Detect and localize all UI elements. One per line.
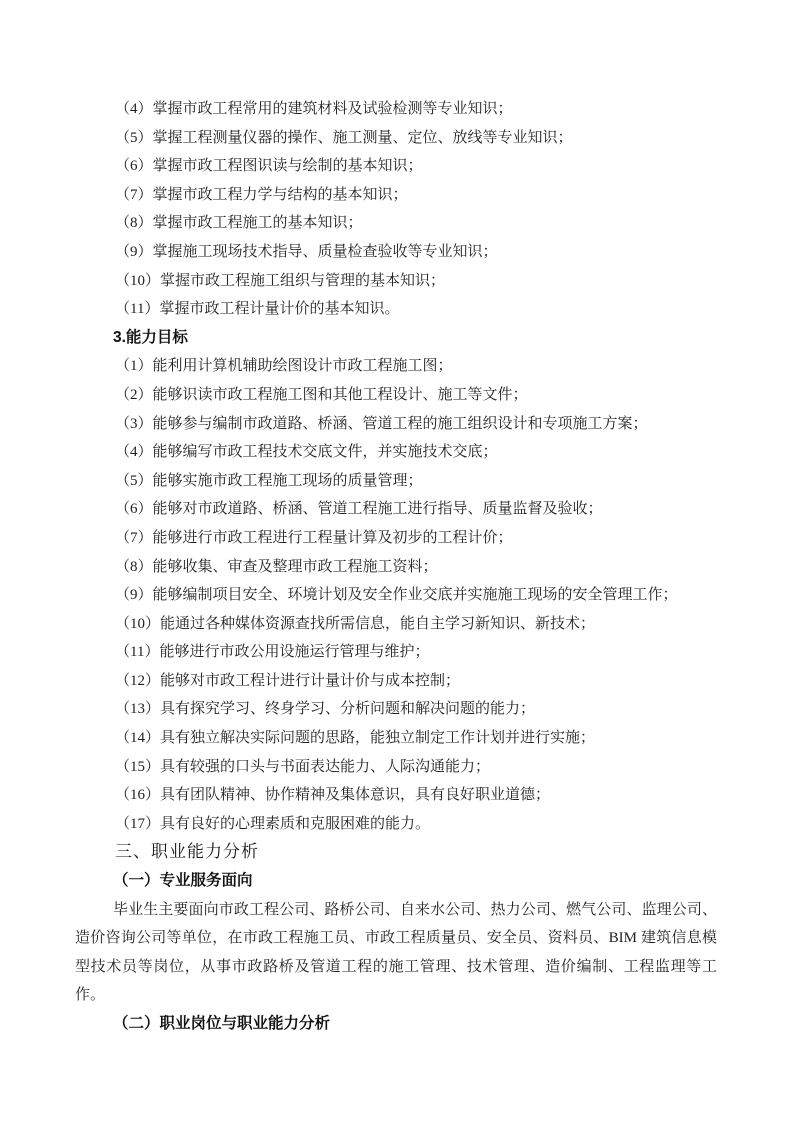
document-content: （4）掌握市政工程常用的建筑材料及试验检测等专业知识； （5）掌握工程测量仪器的… xyxy=(0,0,793,1039)
paragraph-service-scope: 毕业生主要面向市政工程公司、路桥公司、自来水公司、热力公司、燃气公司、监理公司、… xyxy=(75,896,717,1010)
knowledge-item-10: （10）掌握市政工程施工组织与管理的基本知识； xyxy=(75,267,717,296)
knowledge-item-6: （6）掌握市政工程图识读与绘制的基本知识； xyxy=(75,152,717,181)
ability-item-13: （13）具有探究学习、终身学习、分析问题和解决问题的能力； xyxy=(75,695,717,724)
ability-item-15: （15）具有较强的口头与书面表达能力、人际沟通能力； xyxy=(75,753,717,782)
ability-item-1: （1）能利用计算机辅助绘图设计市政工程施工图； xyxy=(75,352,717,381)
knowledge-item-8: （8）掌握市政工程施工的基本知识； xyxy=(75,209,717,238)
ability-item-4: （4）能够编写市政工程技术交底文件，并实施技术交底； xyxy=(75,438,717,467)
chapter-heading-career-ability-analysis: 三、职业能力分析 xyxy=(75,838,717,867)
ability-item-6: （6）能够对市政道路、桥涵、管道工程施工进行指导、质量监督及验收； xyxy=(75,495,717,524)
knowledge-item-11: （11）掌握市政工程计量计价的基本知识。 xyxy=(75,295,717,324)
ability-item-3: （3）能够参与编制市政道路、桥涵、管道工程的施工组织设计和专项施工方案； xyxy=(75,410,717,439)
ability-item-10: （10）能通过各种媒体资源查找所需信息，能自主学习新知识、新技术； xyxy=(75,610,717,639)
ability-item-9: （9）能够编制项目安全、环境计划及安全作业交底并实施施工现场的安全管理工作； xyxy=(75,581,717,610)
subsection-heading-job-analysis: （二）职业岗位与职业能力分析 xyxy=(75,1010,717,1039)
ability-item-16: （16）具有团队精神、协作精神及集体意识，具有良好职业道德； xyxy=(75,781,717,810)
subsection-heading-service-scope: （一）专业服务面向 xyxy=(75,867,717,896)
ability-item-5: （5）能够实施市政工程施工现场的质量管理； xyxy=(75,467,717,496)
ability-item-17: （17）具有良好的心理素质和克服困难的能力。 xyxy=(75,810,717,839)
ability-item-14: （14）具有独立解决实际问题的思路，能独立制定工作计划并进行实施； xyxy=(75,724,717,753)
ability-item-2: （2）能够识读市政工程施工图和其他工程设计、施工等文件； xyxy=(75,381,717,410)
ability-item-8: （8）能够收集、审查及整理市政工程施工资料； xyxy=(75,553,717,582)
ability-item-11: （11）能够进行市政公用设施运行管理与维护； xyxy=(75,638,717,667)
knowledge-item-9: （9）掌握施工现场技术指导、质量检查验收等专业知识； xyxy=(75,238,717,267)
ability-item-12: （12）能够对市政工程计进行计量计价与成本控制； xyxy=(75,667,717,696)
knowledge-item-4: （4）掌握市政工程常用的建筑材料及试验检测等专业知识； xyxy=(75,95,717,124)
knowledge-item-7: （7）掌握市政工程力学与结构的基本知识； xyxy=(75,181,717,210)
knowledge-item-5: （5）掌握工程测量仪器的操作、施工测量、定位、放线等专业知识； xyxy=(75,124,717,153)
ability-item-7: （7）能够进行市政工程进行工程量计算及初步的工程计价； xyxy=(75,524,717,553)
document-page: （4）掌握市政工程常用的建筑材料及试验检测等专业知识； （5）掌握工程测量仪器的… xyxy=(0,0,793,1122)
section-heading-ability-goals: 3.能力目标 xyxy=(75,324,717,353)
